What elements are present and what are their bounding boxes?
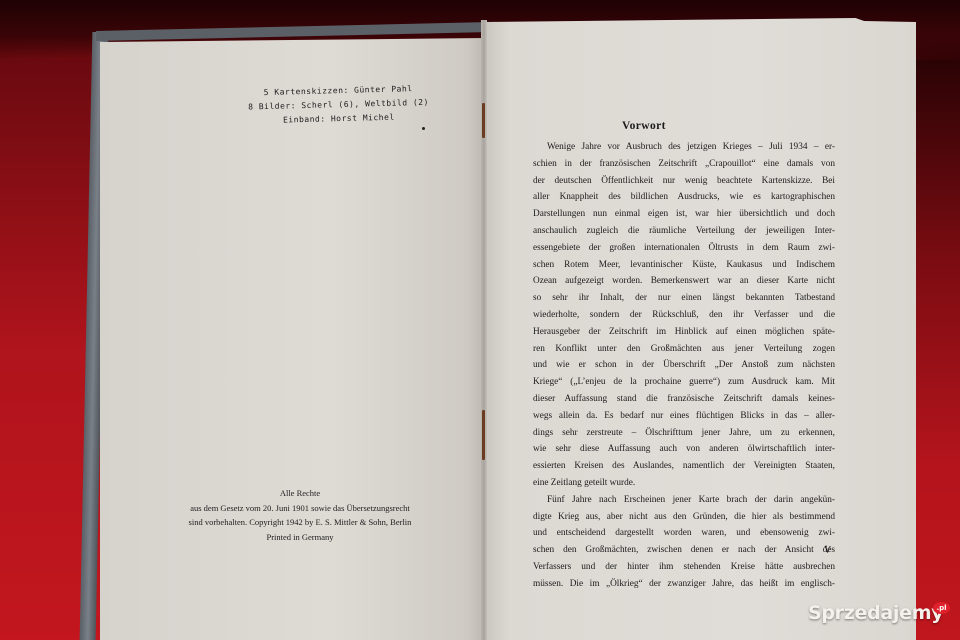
text-line: essierten Kreisen des Auslandes, namentl… xyxy=(533,458,835,475)
image-credits: 5 Kartenskizzen: Günter Pahl 8 Bilder: S… xyxy=(228,81,449,129)
text-line: Darstellungen nun einmal eigen ist, war … xyxy=(533,206,835,223)
text-line: eine Zeitlang geteilt wurde. xyxy=(533,475,835,492)
rights-line: aus dem Gesetz vom 20. Juni 1901 sowie d… xyxy=(150,501,450,516)
text-line: dieser Auffassung stand die französische… xyxy=(533,391,835,408)
text-line: Verfassers und der hinter ihm stehenden … xyxy=(533,559,835,576)
text-line: ren Konflikt unter den Großmächten aus j… xyxy=(533,341,835,358)
text-line: Wenige Jahre vor Ausbruch des jetzigen K… xyxy=(533,139,835,156)
copyright-notice: Alle Rechte aus dem Gesetz vom 20. Juni … xyxy=(150,486,450,544)
text-line: aller Knappheit des bildlichen Ausdrucks… xyxy=(533,189,835,206)
binding-staple-icon xyxy=(482,103,485,138)
foreword-body: Wenige Jahre vor Ausbruch des jetzigen K… xyxy=(533,139,835,593)
watermark-badge-icon: .pl xyxy=(933,602,950,614)
text-line: Herausgeber der Zeitschrift im Hinblick … xyxy=(533,324,835,341)
text-line: müssen. Die im „Ölkrieg“ der zwanziger J… xyxy=(533,576,835,593)
page-number: V xyxy=(824,545,831,556)
text-line: Kriege“ („L’enjeu de la prochaine guerre… xyxy=(533,374,835,391)
text-line: wiederholte, sondern der Rückschluß, den… xyxy=(533,307,835,324)
text-line: wegs allein da. Es bedarf nur eines flüc… xyxy=(533,408,835,425)
rights-line: sind vorbehalten. Copyright 1942 by E. S… xyxy=(150,515,450,530)
chapter-title: Vorwort xyxy=(622,120,666,132)
rights-line: Alle Rechte xyxy=(150,486,450,501)
text-line: anschaulich zugleich die räumliche Verte… xyxy=(533,223,835,240)
text-line: Ozean aufgezeigt worden. Bemerkenswert w… xyxy=(533,273,835,290)
text-line: und wie er schon in der Überschrift „Der… xyxy=(533,357,835,374)
text-line: dings sehr zerstreute – Ölschrifttum jen… xyxy=(533,425,835,442)
paper-speck xyxy=(422,127,425,130)
left-page xyxy=(100,38,485,640)
rights-line: Printed in Germany xyxy=(150,530,450,545)
binding-staple-icon xyxy=(482,410,485,460)
text-line: und entscheidend dargestellt worden ware… xyxy=(533,525,835,542)
text-line: schien in der französischen Zeitschrift … xyxy=(533,156,835,173)
text-line: wie sehr diese Auffassung auch von ander… xyxy=(533,441,835,458)
text-line: so sehr ihr Inhalt, der nur einen längst… xyxy=(533,290,835,307)
watermark-logo: Sprzedajemy xyxy=(808,602,943,624)
text-line: Fünf Jahre nach Erscheinen jener Karte b… xyxy=(533,492,835,509)
text-line: der deutschen Öffentlichkeit nur wenig b… xyxy=(533,173,835,190)
text-line: essengebiete der großen internationalen … xyxy=(533,240,835,257)
text-line: schen Rotem Meer, levantinischer Küste, … xyxy=(533,257,835,274)
text-line: schen den Großmächten, zwischen denen er… xyxy=(533,542,835,559)
text-line: digte Krieg aus, aber nicht aus den Grün… xyxy=(533,509,835,526)
